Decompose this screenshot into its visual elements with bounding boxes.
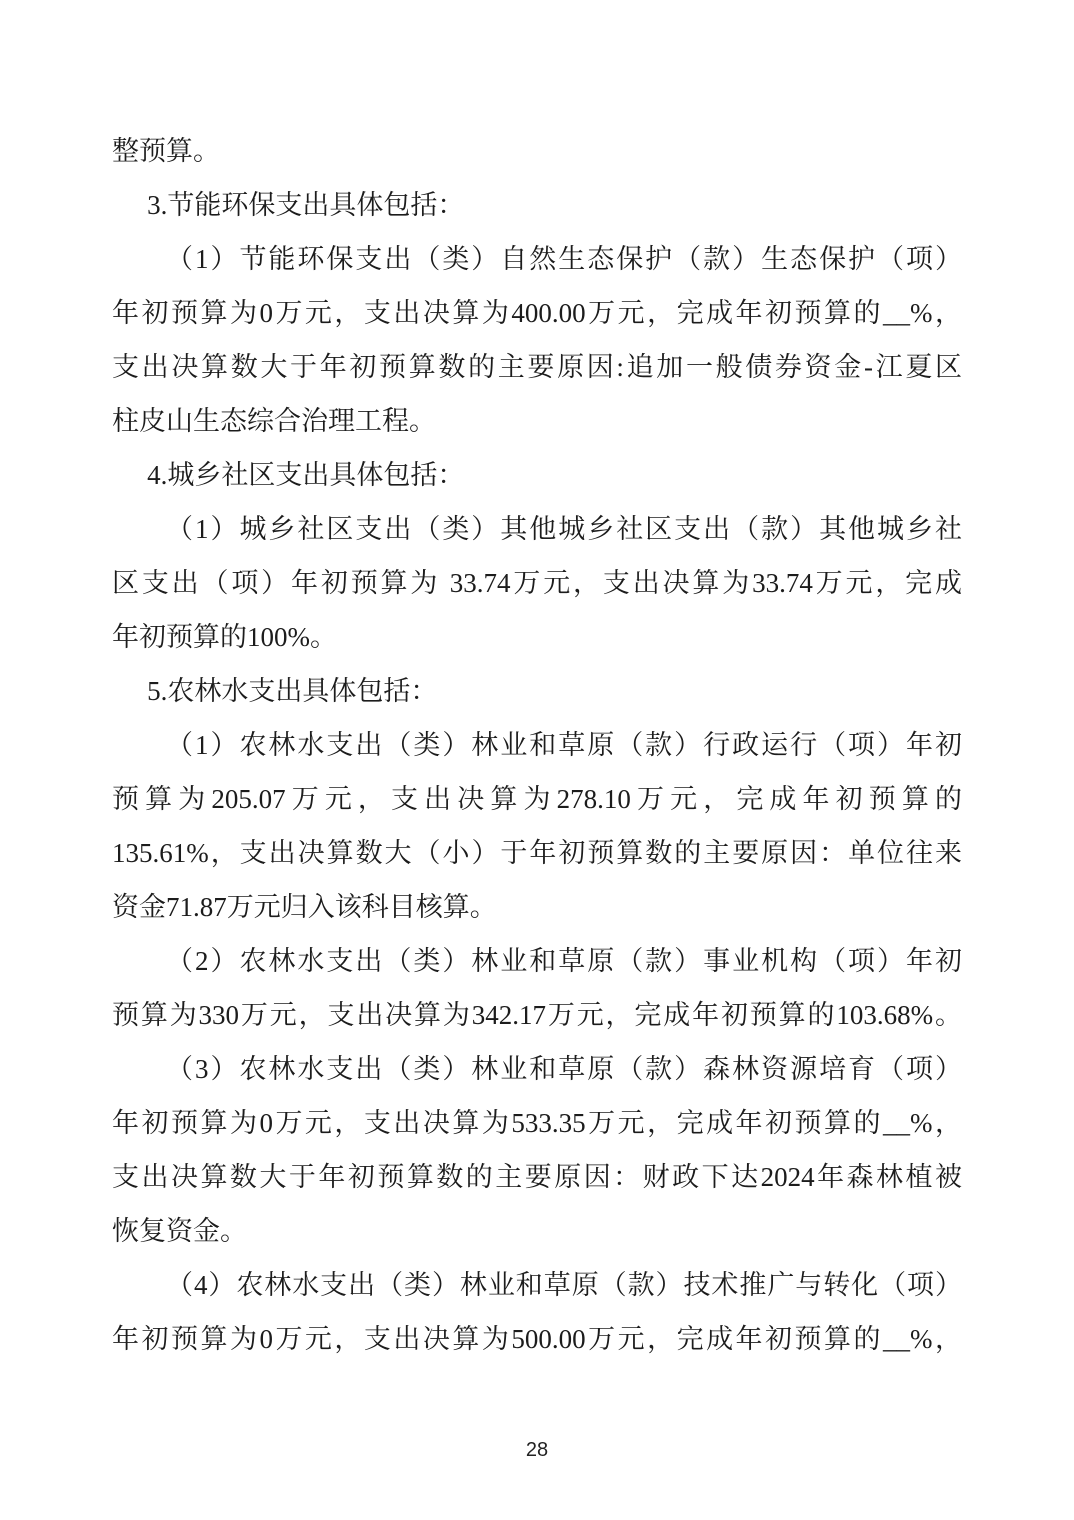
- doc-line: 支出决算数大于年初预算数的主要原因:追加一般债券资金-江夏区: [112, 340, 962, 394]
- doc-line: 恢复资金。: [112, 1204, 962, 1258]
- doc-line: 支出决算数大于年初预算数的主要原因：财政下达2024年森林植被: [112, 1150, 962, 1204]
- doc-line: 年初预算为0万元，支出决算为533.35万元，完成年初预算的__%，: [112, 1096, 962, 1150]
- doc-line: （1）节能环保支出（类）自然生态保护（款）生态保护（项）: [112, 232, 962, 286]
- doc-line: 预算为330万元，支出决算为342.17万元，完成年初预算的103.68%。: [112, 988, 962, 1042]
- doc-line: 4.城乡社区支出具体包括：: [112, 448, 962, 502]
- doc-line: 3.节能环保支出具体包括：: [112, 178, 962, 232]
- doc-line: 年初预算为0万元，支出决算为400.00万元，完成年初预算的__%，: [112, 286, 962, 340]
- doc-line: （3）农林水支出（类）林业和草原（款）森林资源培育（项）: [112, 1042, 962, 1096]
- doc-line: （1）城乡社区支出（类）其他城乡社区支出（款）其他城乡社: [112, 502, 962, 556]
- doc-line: （1）农林水支出（类）林业和草原（款）行政运行（项）年初: [112, 718, 962, 772]
- doc-line: 预算为205.07万元，支出决算为278.10万元，完成年初预算的: [112, 772, 962, 826]
- doc-line: 整预算。: [112, 124, 962, 178]
- doc-line: （2）农林水支出（类）林业和草原（款）事业机构（项）年初: [112, 934, 962, 988]
- doc-line: 5.农林水支出具体包括：: [112, 664, 962, 718]
- doc-line: 年初预算为0万元，支出决算为500.00万元，完成年初预算的__%，: [112, 1312, 962, 1366]
- doc-line: 柱皮山生态综合治理工程。: [112, 394, 962, 448]
- document-page: 整预算。 3.节能环保支出具体包括： （1）节能环保支出（类）自然生态保护（款）…: [0, 0, 1074, 1520]
- document-body: 整预算。 3.节能环保支出具体包括： （1）节能环保支出（类）自然生态保护（款）…: [112, 124, 962, 1366]
- doc-line: 资金71.87万元归入该科目核算。: [112, 880, 962, 934]
- doc-line: 135.61%，支出决算数大（小）于年初预算数的主要原因：单位往来: [112, 826, 962, 880]
- doc-line: 年初预算的100%。: [112, 610, 962, 664]
- doc-line: （4）农林水支出（类）林业和草原（款）技术推广与转化（项）: [112, 1258, 962, 1312]
- doc-line: 区支出（项）年初预算为 33.74万元，支出决算为33.74万元，完成: [112, 556, 962, 610]
- page-number: 28: [526, 1439, 548, 1461]
- page-footer: 28: [0, 1438, 1074, 1462]
